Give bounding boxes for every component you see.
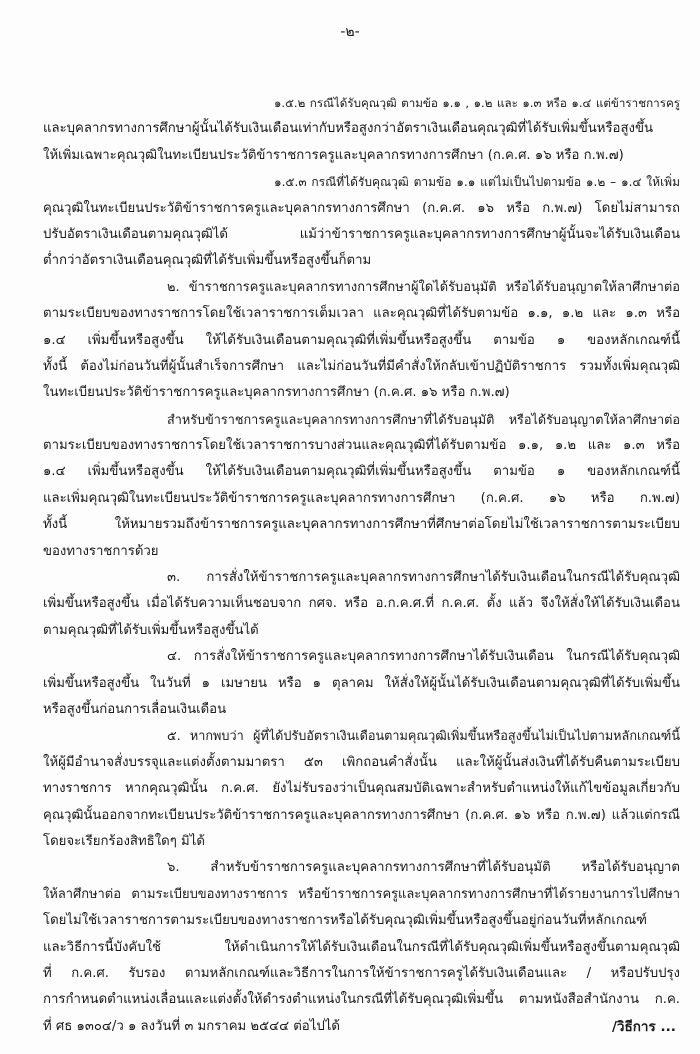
para-2-line-2: ตามระเบียบของทางราชการโดยใช้เวลาราชการเต… [43, 301, 680, 327]
para-4-line-1: ๔. การสั่งให้ข้าราชการครูและบุคลากรทางกา… [43, 644, 680, 670]
para-6-line-7: ที่ ศธ ๑๓๐๔/ว ๑ ลงวันที่ ๓ มกราคม ๒๕๔๔ ต… [43, 1014, 680, 1040]
para-2b-line-2: ตามระเบียบของทางราชการโดยใช้เวลาราชการบา… [43, 433, 680, 459]
para-6-line-3: โดยไม่ใช้เวลาราชการตามระเบียบของทางราชกา… [43, 908, 680, 934]
para-2b-line-4: และเพิ่มคุณวุฒิในทะเบียนประวัติข้าราชการ… [43, 486, 680, 512]
para-1-5-3-line-2: คุณวุฒิในทะเบียนประวัติข้าราชการครูและบุ… [43, 196, 680, 222]
para-1-5-2-line-3: ให้เพิ่มเฉพาะคุณวุฒิในทะเบียนประวัติข้าร… [43, 143, 680, 169]
page-number: -๒- [0, 22, 700, 42]
document-body: ๑.๕.๒ กรณีได้รับคุณวุฒิ ตามข้อ ๑.๑ , ๑.๒… [43, 90, 680, 1040]
para-2b-line-6: ของทางราชการด้วย [43, 539, 680, 565]
para-3-line-2: เพิ่มขึ้นหรือสูงขึ้น เมื่อได้รับความเห็น… [43, 591, 680, 617]
para-6-line-4: และวิธีการนี้บังคับใช้ ให้ดำเนินการให้ได… [43, 935, 680, 961]
para-1-5-3-line-3: ปรับอัตราเงินเดือนตามคุณวุฒิได้ แม้ว่าข้… [43, 222, 680, 248]
para-6-line-1: ๖. สำหรับข้าราชการครูและบุคลากรทางการศึก… [43, 855, 680, 881]
para-6-line-5: ที่ ก.ค.ศ. รับรอง ตามหลักเกณฑ์และวิธีการ… [43, 961, 680, 987]
para-1-5-2-line-1: ๑.๕.๒ กรณีได้รับคุณวุฒิ ตามข้อ ๑.๑ , ๑.๒… [43, 90, 680, 116]
para-5-line-4: คุณวุฒินั้นออกจากทะเบียนประวัติข้าราชการ… [43, 803, 680, 829]
para-1-5-3-line-1: ๑.๕.๓ กรณีที่ได้รับคุณวุฒิ ตามข้อ ๑.๑ แต… [43, 169, 680, 195]
para-5-line-2: ให้ผู้มีอำนาจสั่งบรรจุและแต่งตั้งตามมาตร… [43, 750, 680, 776]
para-2b-line-5: ทั้งนี้ ให้หมายรวมถึงข้าราชการครูและบุคล… [43, 512, 680, 538]
para-1-5-3-line-4: ต่ำกว่าอัตราเงินเดือนคุณวุฒิที่ได้รับเพิ… [43, 248, 680, 274]
para-2b-line-3: ๑.๔ เพิ่มขึ้นหรือสูงขึ้น ให้ได้รับเงินเด… [43, 459, 680, 485]
para-1-5-2-line-2: และบุคลากรทางการศึกษาผู้นั้นได้รับเงินเด… [43, 116, 680, 142]
para-2-line-3: ๑.๔ เพิ่มขึ้นหรือสูงขึ้น ให้ได้รับเงินเด… [43, 328, 680, 354]
para-4-line-3: หรือสูงขึ้นก่อนการเลื่อนเงินเดือน [43, 697, 680, 723]
continuation-marker: /วิธีการ ... [612, 1016, 676, 1038]
para-2-line-5: ในทะเบียนประวัติข้าราชการครูและบุคลากรทา… [43, 380, 680, 406]
para-3-line-3: ตามคุณวุฒิที่ได้รับเพิ่มขึ้นหรือสูงขึ้นไ… [43, 618, 680, 644]
para-5-line-3: ทางราชการ หากคุณวุฒินั้น ก.ค.ศ. ยังไม่รั… [43, 776, 680, 802]
para-6-line-2: ให้ลาศึกษาต่อ ตามระเบียบของทางราชการ หรื… [43, 882, 680, 908]
para-6-line-6: การกำหนดตำแหน่งเลื่อนและแต่งตั้งให้ดำรงต… [43, 987, 680, 1013]
para-5-line-5: โดยจะเรียกร้องสิทธิใดๆ มิได้ [43, 829, 680, 855]
para-2-line-4: ทั้งนี้ ต้องไม่ก่อนวันที่ผู้นั้นสำเร็จกา… [43, 354, 680, 380]
para-2-line-1: ๒. ข้าราชการครูและบุคลากรทางการศึกษาผู้ใ… [43, 275, 680, 301]
para-2b-line-1: สำหรับข้าราชการครูและบุคลากรทางการศึกษาท… [43, 407, 680, 433]
para-5-line-1: ๕. หากพบว่า ผู้ที่ได้ปรับอัตราเงินเดือนต… [43, 723, 680, 749]
para-4-line-2: เพิ่มขึ้นหรือสูงขึ้น ในวันที่ ๑ เมษายน ห… [43, 671, 680, 697]
para-3-line-1: ๓. การสั่งให้ข้าราชการครูและบุคลากรทางกา… [43, 565, 680, 591]
